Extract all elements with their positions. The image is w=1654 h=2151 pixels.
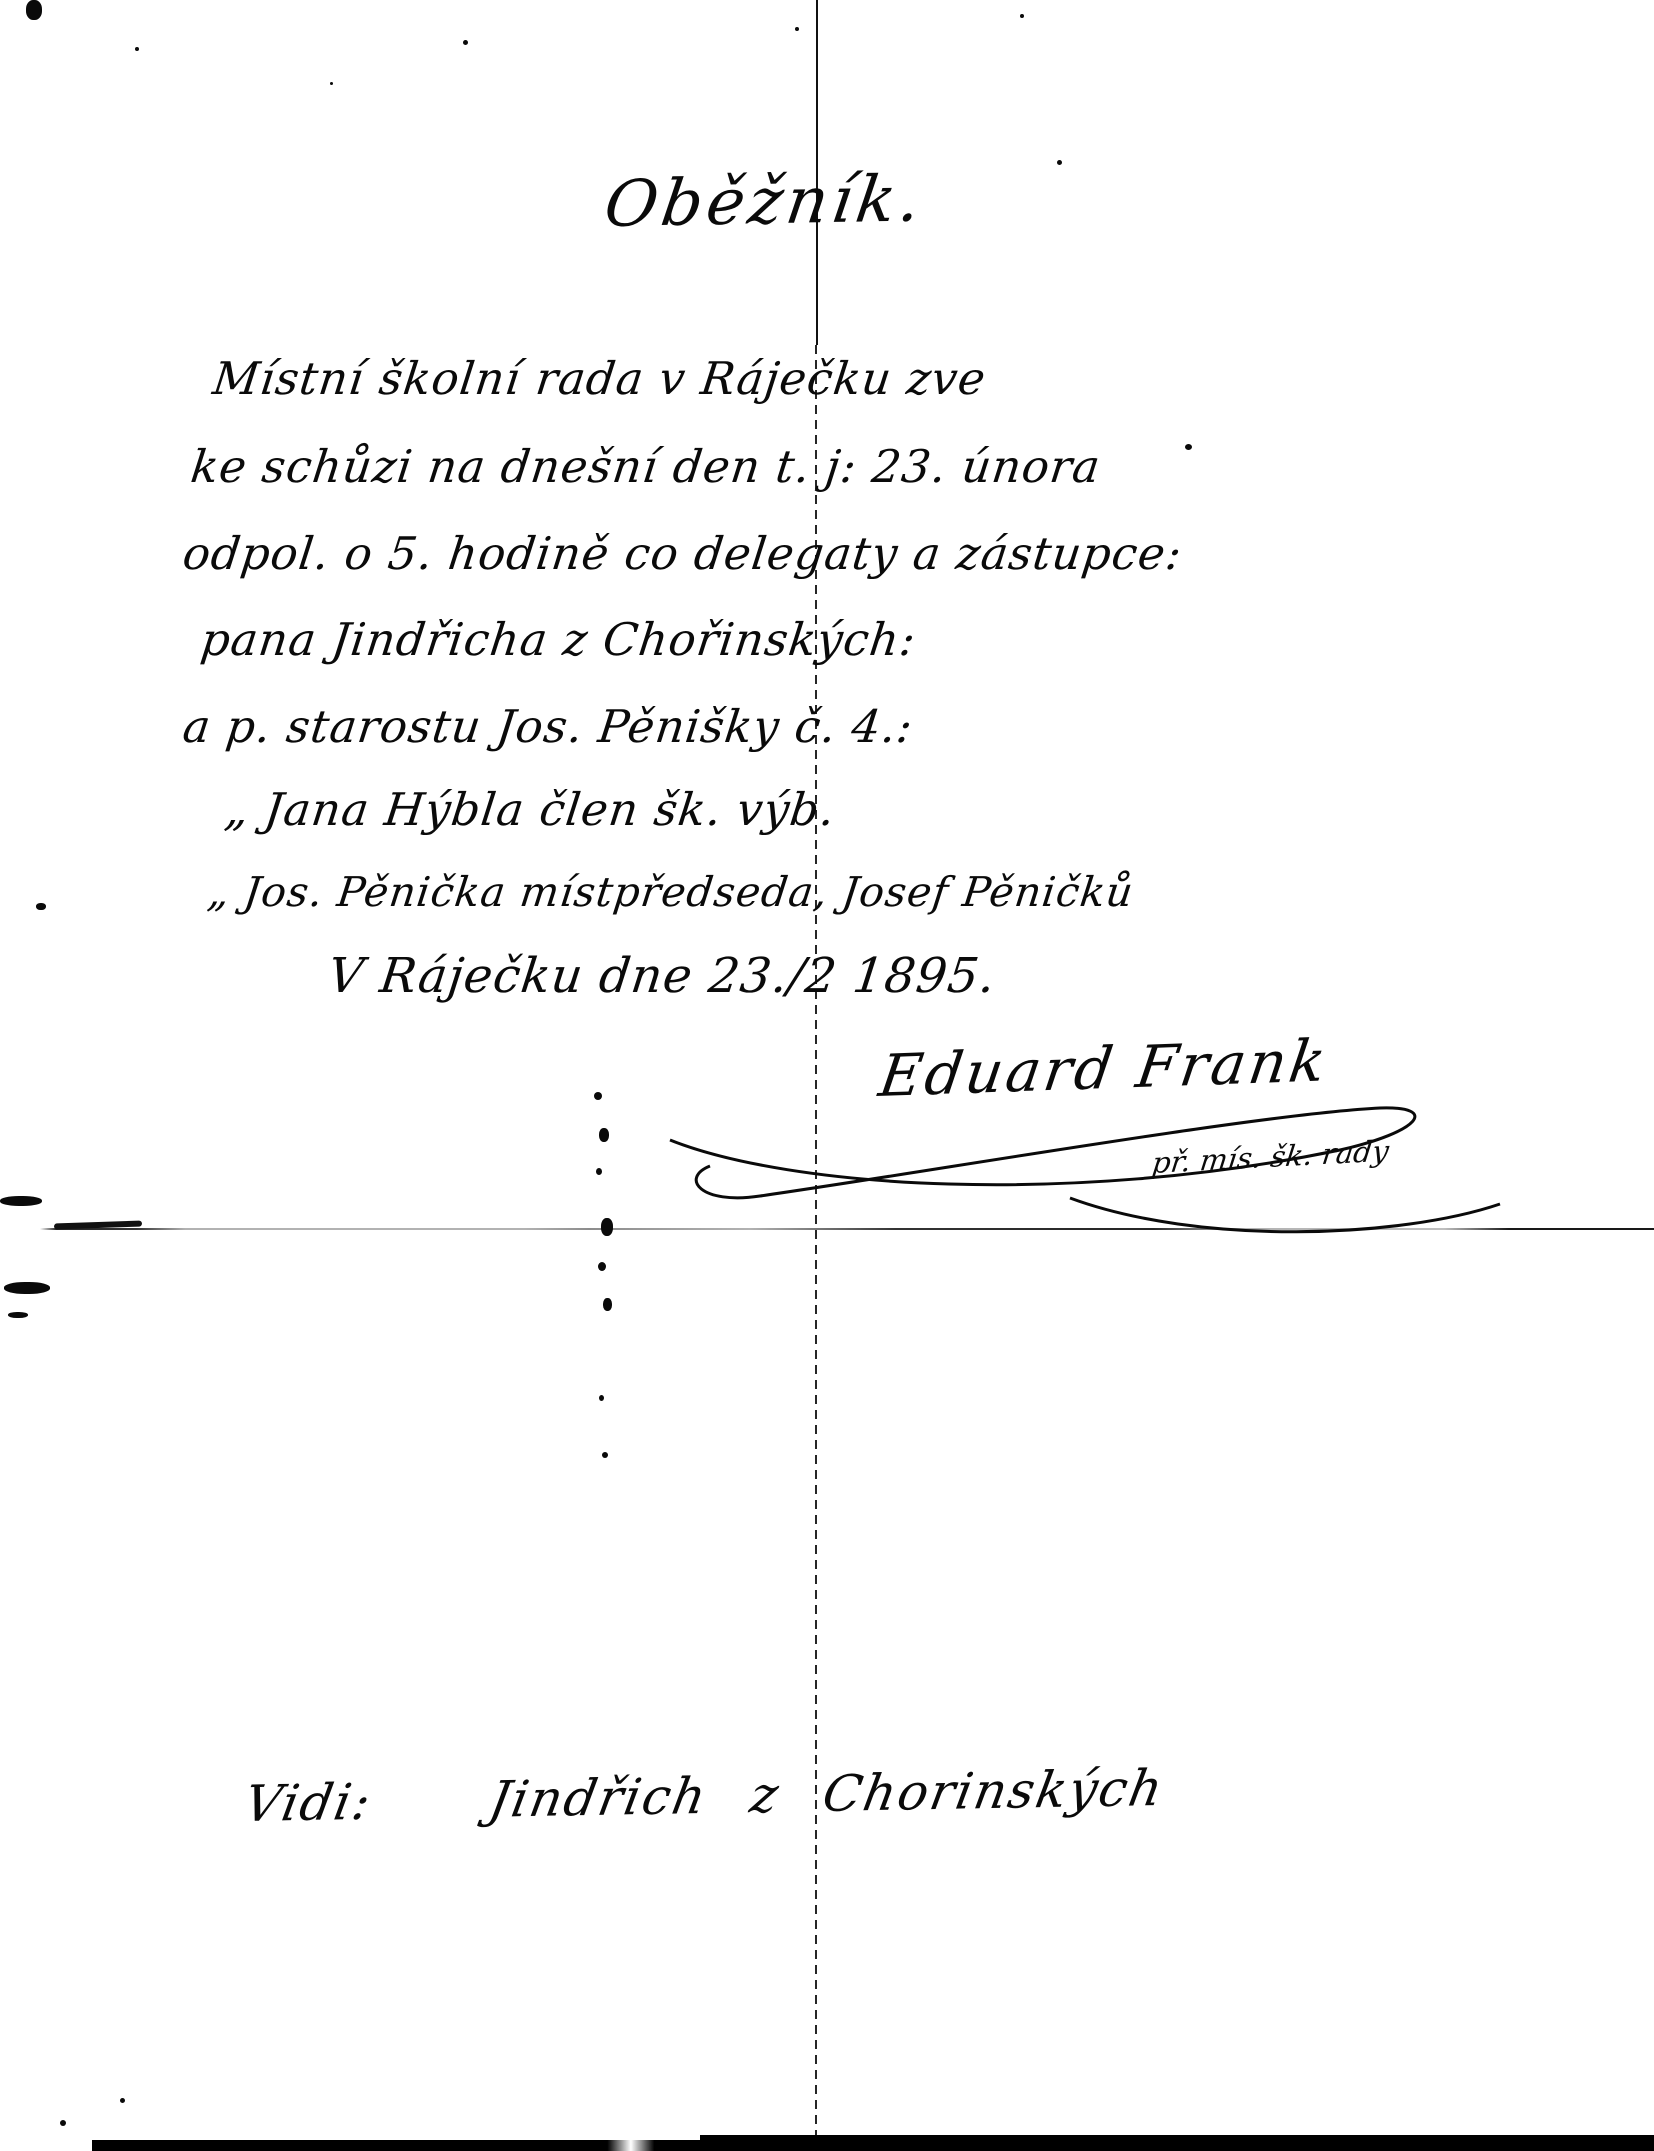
fold-stain (594, 1092, 602, 1100)
ink-speck (120, 2098, 125, 2103)
scan-bottom-edge-thick (700, 2135, 1654, 2151)
ink-speck (26, 0, 42, 20)
body-line-2: ke schůzi na dnešní den t. j: 23. února (188, 440, 1104, 493)
fold-stain (598, 1262, 606, 1271)
ink-speck (1057, 160, 1062, 165)
body-line-1: Místní školní rada v Ráječku zve (210, 352, 989, 405)
ink-speck (330, 82, 333, 85)
fold-stain (599, 1128, 609, 1142)
ink-speck (1020, 14, 1024, 18)
letter-title: Oběžník. (600, 162, 929, 242)
edge-stain (0, 1196, 42, 1206)
signature-flourish (640, 1078, 1520, 1258)
scanned-letter-page: Oběžník. Místní školní rada v Ráječku zv… (0, 0, 1654, 2151)
vidi-gap (369, 1817, 487, 1819)
fold-stain (596, 1168, 602, 1175)
fold-stain (601, 1218, 613, 1236)
ink-speck (1185, 444, 1192, 450)
edge-stain (8, 1312, 28, 1318)
vidi-line: Vidi:Jindřich z Chorinských (240, 1759, 1169, 1833)
fold-stain (599, 1395, 604, 1401)
fold-stain (602, 1452, 608, 1458)
vidi-signature: Jindřich z Chorinských (485, 1759, 1169, 1829)
body-line-7: „ Jos. Pěnička místpředseda, Josef Pěnič… (205, 868, 1137, 916)
date-line: V Ráječku dne 23./2 1895. (325, 948, 999, 1004)
ink-speck (36, 903, 46, 910)
body-line-3: odpol. o 5. hodině co delegaty a zástupc… (180, 527, 1185, 580)
ink-speck (60, 2120, 66, 2126)
ink-speck (463, 40, 468, 45)
body-line-5: a p. starostu Jos. Pěnišky č. 4.: (180, 700, 916, 753)
ink-speck (795, 27, 799, 31)
body-line-6: „ Jana Hýbla člen šk. výb. (222, 783, 839, 836)
ink-speck (135, 47, 139, 51)
body-line-4: pana Jindřicha z Chořinských: (198, 613, 919, 666)
vidi-label: Vidi: (240, 1773, 377, 1833)
edge-stain (4, 1282, 50, 1294)
fold-stain (603, 1298, 612, 1311)
